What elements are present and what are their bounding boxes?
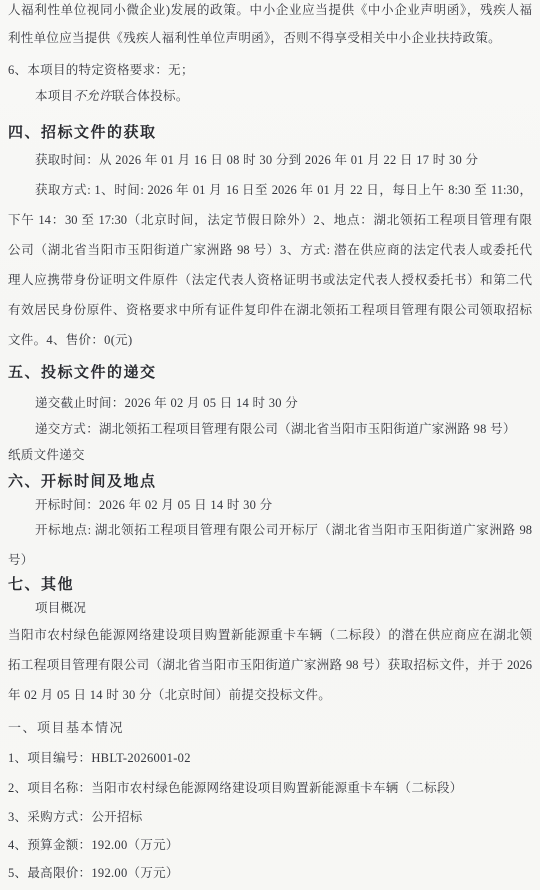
- basic-info-heading: 一、项目基本情况: [8, 717, 124, 736]
- project-overview-line-2: 拓工程项目管理有限公司（湖北省当阳市玉阳街道广家洲路 98 号）获取招标文件，并…: [8, 657, 532, 674]
- obtain-method-line-6: 文件。4、售价：0(元): [8, 332, 132, 349]
- tender-document-page: 人福利性单位视同小微企业)发展的政策。中小企业应当提供《中小企业声明函》，残疾人…: [0, 0, 540, 890]
- submission-method-line-2: 纸质文件递交: [8, 447, 85, 464]
- section6-heading: 六、开标时间及地点: [8, 470, 157, 491]
- project-name-item: 2、项目名称：当阳市农村绿色能源网络建设项目购置新能源重卡车辆（二标段）: [8, 780, 463, 797]
- policy-carryover-line-1: 人福利性单位视同小微企业)发展的政策。中小企业应当提供《中小企业声明函》，残疾人…: [8, 2, 532, 19]
- joint-bid-not-allowed-italic: 不允许: [73, 89, 111, 103]
- obtain-method-line-3: 公司（湖北省当阳市玉阳街道广家洲路 98 号）3、方式: 潜在供应商的法定代表人…: [8, 242, 532, 259]
- policy-carryover-line-2: 利性单位应当提供《残疾人福利性单位声明函》，否则不得享受相关中小企业扶持政策。: [8, 30, 501, 47]
- opening-time-line: 开标时间：2026 年 02 月 05 日 14 时 30 分: [35, 497, 272, 514]
- submission-deadline-line: 递交截止时间：2026 年 02 月 05 日 14 时 30 分: [35, 395, 298, 412]
- opening-place-line-1: 开标地点: 湖北领拓工程项目管理有限公司开标厅（湖北省当阳市玉阳街道广家洲路 9…: [35, 522, 532, 539]
- budget-amount-item: 4、预算金额：192.00（万元）: [8, 837, 179, 854]
- section5-heading: 五、投标文件的递交: [8, 361, 157, 382]
- project-number-item: 1、项目编号：HBLT-2026001-02: [8, 750, 191, 767]
- obtain-method-line-2: 下午 14：30 至 17:30（北京时间，法定节假日除外）2、地点：湖北领拓工…: [8, 212, 532, 229]
- section4-heading: 四、招标文件的获取: [8, 121, 157, 142]
- obtain-time-line: 获取时间：从 2026 年 01 月 16 日 08 时 30 分到 2026 …: [35, 152, 478, 169]
- obtain-method-line-1: 获取方式: 1、时间: 2026 年 01 月 16 日至 2026 年 01 …: [35, 182, 532, 199]
- submission-method-line-1: 递交方式：湖北领拓工程项目管理有限公司（湖北省当阳市玉阳街道广家洲路 98 号）: [35, 421, 516, 438]
- joint-bid-statement: 本项目不允许联合体投标。: [35, 88, 189, 105]
- procurement-method-item: 3、采购方式：公开招标: [8, 809, 143, 826]
- obtain-method-line-5: 有效居民身份原件、资格要求中所有证件复印件在湖北领拓工程项目管理有限公司领取招标: [8, 302, 532, 319]
- joint-bid-prefix: 本项目: [35, 89, 73, 103]
- project-overview-line-1: 当阳市农村绿色能源网络建设项目购置新能源重卡车辆（二标段）的潜在供应商应在湖北领: [8, 627, 532, 644]
- opening-place-line-2: 号）: [8, 552, 34, 569]
- max-price-item: 5、最高限价：192.00（万元）: [8, 865, 179, 882]
- project-overview-label: 项目概况: [35, 600, 86, 617]
- project-overview-line-3: 年 02 月 05 日 14 时 30 分（北京时间）前提交投标文件。: [8, 687, 331, 704]
- specific-qualification-item: 6、本项目的特定资格要求：无；: [8, 62, 194, 79]
- obtain-method-line-4: 理人应携带身份证明文件原件（法定代表人资格证明书或法定代表人授权委托书）和第二代: [8, 272, 532, 289]
- section7-heading: 七、其他: [8, 573, 74, 594]
- joint-bid-suffix: 联合体投标。: [112, 89, 189, 103]
